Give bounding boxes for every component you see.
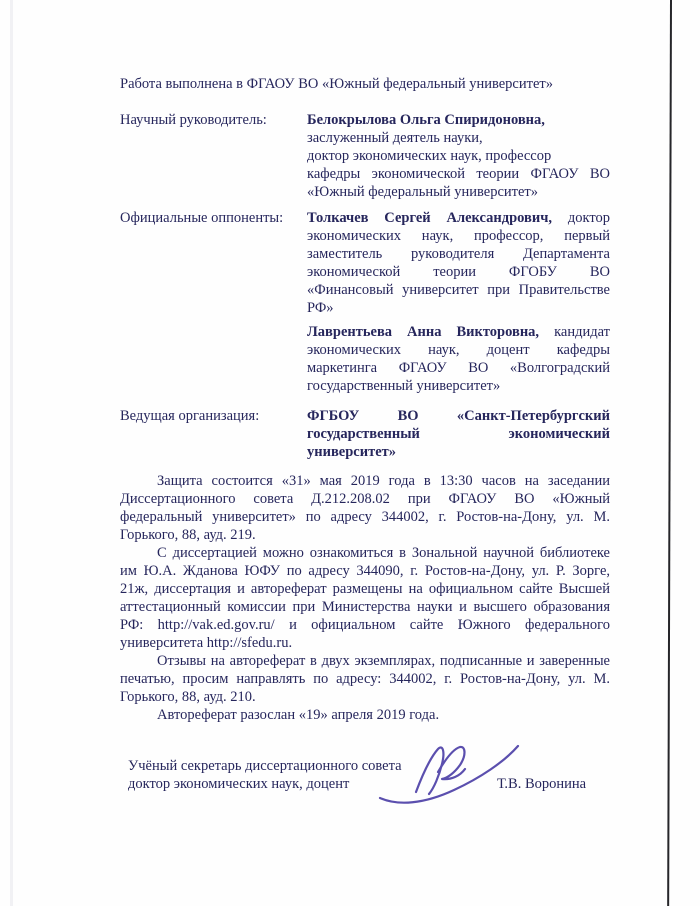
text-segment: Защита состоится «31» мая 2019 года в 13… <box>157 473 610 489</box>
text-line: 21ж, диссертация и автореферат размещены… <box>120 580 610 598</box>
spacer <box>120 461 610 472</box>
bold-text-segment: государственный экономический <box>307 426 610 442</box>
text-line: Автореферат разослан «19» апреля 2019 го… <box>120 706 610 724</box>
text-line: РФ» <box>307 299 610 317</box>
text-segment: университета http://sfedu.ru. <box>120 635 292 651</box>
text-segment: экономических наук, профессор, первый <box>307 228 610 244</box>
text-line: печатью, просим направлять по адресу: 34… <box>120 670 610 688</box>
text-segment: государственный университет» <box>307 378 500 394</box>
leading-organization-label: Ведущая организация: <box>120 407 307 425</box>
text-line: университета http://sfedu.ru. <box>120 634 610 652</box>
opponents-row: Официальные оппоненты: Толкачев Сергей А… <box>120 209 610 395</box>
text-segment: кандидат <box>539 324 610 340</box>
text-segment: маркетинга ФГАОУ ВО «Волгоградский <box>307 360 610 376</box>
opponent-2-details: Лаврентьева Анна Викторовна, кандидатэко… <box>307 323 610 395</box>
text-segment: Горького, 88, ауд. 210. <box>120 689 256 705</box>
text-segment: РФ: http://vak.ed.gov.ru/ и официальном … <box>120 617 610 633</box>
text-line: доктор экономических наук, профессор <box>307 147 610 165</box>
bold-text-segment: Толкачев Сергей Александрович, <box>307 210 552 226</box>
text-line: университет» <box>307 443 610 461</box>
text-segment: доктор <box>552 210 610 226</box>
text-segment: заместитель руководителя Департамента <box>307 246 610 262</box>
text-line: ФГБОУ ВО «Санкт-Петербургский <box>307 407 610 425</box>
text-line: Горького, 88, ауд. 219. <box>120 526 610 544</box>
text-line: заместитель руководителя Департамента <box>307 245 610 263</box>
text-line: Толкачев Сергей Александрович, доктор <box>307 209 610 227</box>
signer-name: Т.В. Воронина <box>497 776 586 793</box>
text-segment: кафедры экономической теории ФГАОУ ВО <box>307 166 610 182</box>
scanned-document-page: Работа выполнена в ФГАОУ ВО «Южный федер… <box>0 0 700 906</box>
text-segment: Горького, 88, ауд. 219. <box>120 527 256 543</box>
text-line: федеральный университет» по адресу 34400… <box>120 508 610 526</box>
opponents-details: Толкачев Сергей Александрович, докторэко… <box>307 209 610 395</box>
text-line: маркетинга ФГАОУ ВО «Волгоградский <box>307 359 610 377</box>
text-segment: заслуженный деятель науки, <box>307 130 483 146</box>
text-line: «Финансовый университет при Правительств… <box>307 281 610 299</box>
text-line: Горького, 88, ауд. 210. <box>120 688 610 706</box>
text-line: «Южный федеральный университет» <box>307 183 610 201</box>
text-segment: Автореферат разослан «19» апреля 2019 го… <box>157 707 439 723</box>
bold-text-segment: университет» <box>307 444 396 460</box>
text-line: кафедры экономической теории ФГАОУ ВО <box>307 165 610 183</box>
text-segment: федеральный университет» по адресу 34400… <box>120 509 610 525</box>
spacer <box>120 395 610 407</box>
text-segment: экономической теории ФГОБУ ВО <box>307 264 610 280</box>
bold-text-segment: Лаврентьева Анна Викторовна, <box>307 324 539 340</box>
text-line: Диссертационного совета Д.212.208.02 при… <box>120 490 610 508</box>
text-segment: им Ю.А. Жданова ЮФУ по адресу 344090, г.… <box>120 563 610 579</box>
text-line: Защита состоится «31» мая 2019 года в 13… <box>120 472 610 490</box>
text-line: заслуженный деятель науки, <box>307 129 610 147</box>
text-line: РФ: http://vak.ed.gov.ru/ и официальном … <box>120 616 610 634</box>
text-line: экономической теории ФГОБУ ВО <box>307 263 610 281</box>
text-segment: экономических наук, доцент кафедры <box>307 342 610 358</box>
leading-organization-row: Ведущая организация: ФГБОУ ВО «Санкт-Пет… <box>120 407 610 461</box>
supervisor-row: Научный руководитель: Белокрылова Ольга … <box>120 111 610 201</box>
text-segment: доктор экономических наук, профессор <box>307 148 551 164</box>
text-segment: Отзывы на автореферат в двух экземплярах… <box>157 653 610 669</box>
text-line: государственный экономический <box>307 425 610 443</box>
text-segment: РФ» <box>307 300 334 316</box>
performed-at-line: Работа выполнена в ФГАОУ ВО «Южный федер… <box>120 75 610 93</box>
scan-left-shade-artifact <box>10 0 13 906</box>
leading-organization-details: ФГБОУ ВО «Санкт-Петербургскийгосударстве… <box>307 407 610 461</box>
text-segment: Диссертационного совета Д.212.208.02 при… <box>120 491 610 507</box>
supervisor-details: Белокрылова Ольга Спиридоновна,заслуженн… <box>307 111 610 201</box>
scan-edge-line-artifact <box>667 0 672 906</box>
bold-text-segment: Белокрылова Ольга Спиридоновна, <box>307 112 545 128</box>
text-segment: С диссертацией можно ознакомиться в Зона… <box>157 545 610 561</box>
bold-text-segment: ФГБОУ ВО «Санкт-Петербургский <box>307 408 610 424</box>
text-line: Лаврентьева Анна Викторовна, кандидат <box>307 323 610 341</box>
document-content: Работа выполнена в ФГАОУ ВО «Южный федер… <box>120 75 610 724</box>
text-line: экономических наук, доцент кафедры <box>307 341 610 359</box>
opponent-1-details: Толкачев Сергей Александрович, докторэко… <box>307 209 610 317</box>
text-line: С диссертацией можно ознакомиться в Зона… <box>120 544 610 562</box>
signature <box>372 736 522 810</box>
opponents-label: Официальные оппоненты: <box>120 209 307 227</box>
text-segment: «Южный федеральный университет» <box>307 184 538 200</box>
text-line: государственный университет» <box>307 377 610 395</box>
text-segment: 21ж, диссертация и автореферат размещены… <box>120 581 610 597</box>
signature-scribble-icon <box>372 736 522 810</box>
text-segment: аттестационный комиссии при Министерства… <box>120 599 610 615</box>
text-line: аттестационный комиссии при Министерства… <box>120 598 610 616</box>
text-segment: «Финансовый университет при Правительств… <box>307 282 610 298</box>
supervisor-label: Научный руководитель: <box>120 111 307 129</box>
text-line: Отзывы на автореферат в двух экземплярах… <box>120 652 610 670</box>
spacer <box>120 201 610 209</box>
text-segment: печатью, просим направлять по адресу: 34… <box>120 671 610 687</box>
text-line: им Ю.А. Жданова ЮФУ по адресу 344090, г.… <box>120 562 610 580</box>
defense-info-paragraphs: Защита состоится «31» мая 2019 года в 13… <box>120 472 610 724</box>
text-line: экономических наук, профессор, первый <box>307 227 610 245</box>
text-line: Белокрылова Ольга Спиридоновна, <box>307 111 610 129</box>
